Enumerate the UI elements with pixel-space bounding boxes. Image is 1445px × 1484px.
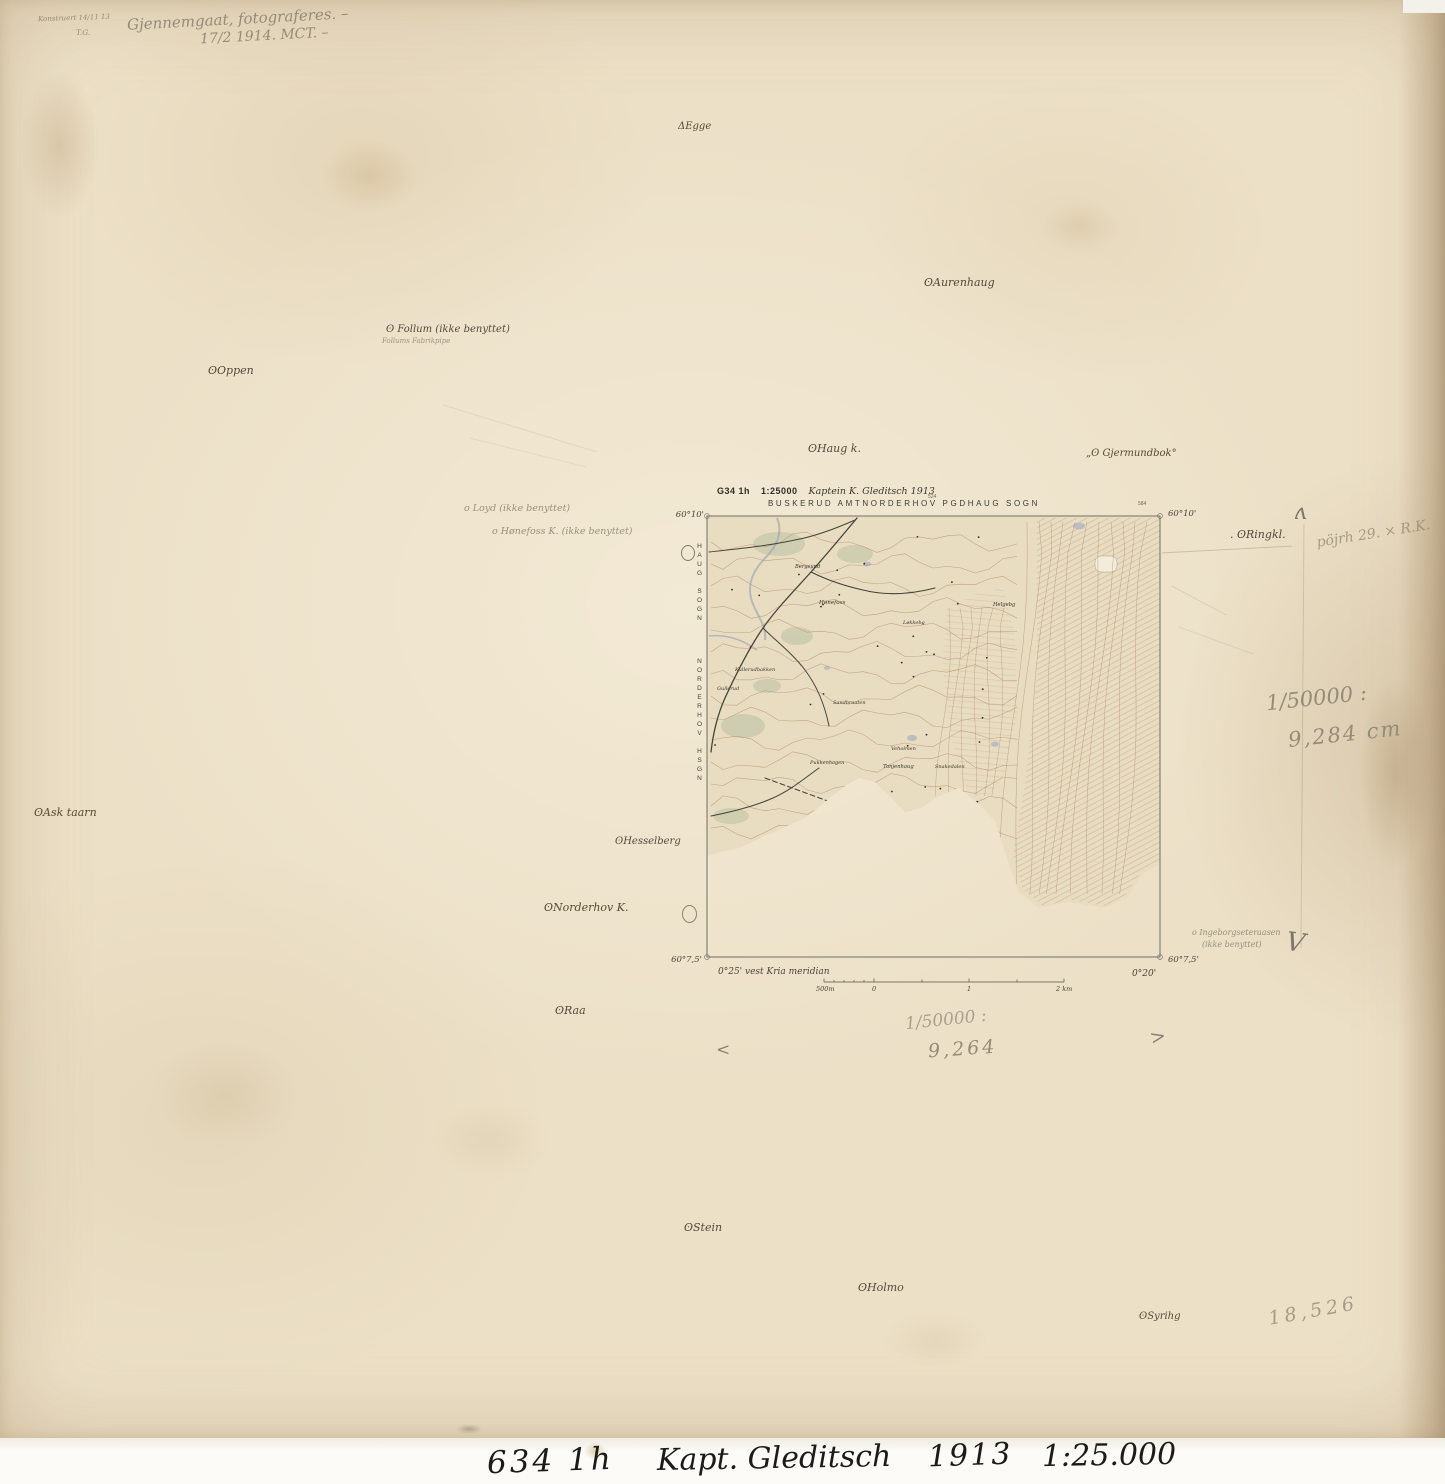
map-label: Pukkenhagen (809, 760, 844, 766)
catalogue-year: 1913 (927, 1437, 1013, 1475)
spot-height-right: 584 (1138, 501, 1146, 507)
station-label-ingeborg-line1: o Ingeborgseteraasen (1192, 928, 1281, 937)
corner-coord-sw: 60°7,5' (660, 955, 702, 965)
map-label: Gullerud (717, 686, 739, 692)
station-label-syrihg: ʘSyrihg (1139, 1311, 1181, 1322)
corner-coord-se: 60°7,5' (1168, 955, 1199, 965)
faint-scribble-4 (470, 437, 587, 467)
edge-label-norderhov: NORDERHOV HSGN (696, 658, 703, 784)
station-label-hesselberg: ʘHesselberg (615, 836, 681, 847)
map-label: Sandbraaten (833, 700, 866, 706)
station-label-gjermundbo: „ʘ Gjermundbok° (1086, 448, 1177, 459)
registrar-note-line1: Konstruert 14/11 13 (38, 13, 110, 24)
map-scale-printed: 1:25000 (761, 486, 798, 496)
corner-coord-nw: 60°10' (664, 510, 704, 520)
scale-note-bottom-line2: 9,264 (927, 1036, 998, 1063)
station-label-follum: ʘ Follum (ikke benyttet) (386, 324, 510, 335)
scale-note-right-line2: 9,284 cm (1287, 716, 1403, 752)
footer-smudge (456, 1424, 482, 1434)
map-label: Tonjenhaug (883, 764, 914, 770)
station-label-holmo: ʘHolmo (858, 1281, 904, 1294)
scanned-historical-map-page: { "sheet": { "header_id": "G34 1h", "hea… (0, 0, 1445, 1484)
scalebar-zero: 0 (872, 985, 876, 993)
station-label-raa: ʘRaa (555, 1004, 586, 1017)
spot-height-left: 524 (928, 494, 936, 500)
scan-corner-notch (1403, 0, 1445, 13)
station-label-egge: ΔEgge (678, 121, 711, 132)
pencil-note-line2: 17/2 1914. MCT. – (200, 25, 329, 48)
corner-coord-ne: 60°10' (1168, 509, 1196, 519)
clearing-patch (1095, 556, 1117, 572)
less-than-mark: < (716, 1040, 730, 1060)
number-note-bottom-right: 18,526 (1267, 1292, 1360, 1329)
station-label-follum-sub: Follums Fabrikpipe (382, 337, 450, 345)
check-mark: V (1284, 927, 1307, 959)
leader-line-ringkl (1162, 546, 1292, 554)
catalogue-strip: 634 1h Kapt. Gleditsch 1913 1:25.000 (0, 1438, 1445, 1484)
station-label-honefoss: o Hønefoss K. (ikke benyttet) (492, 526, 633, 537)
map-label: Veholmen (891, 746, 916, 752)
torn-right-edge (1399, 0, 1445, 1438)
station-label-ingeborg-line2: (ikke benyttet) (1202, 940, 1262, 949)
catalogue-sheet-id: 634 1h (486, 1441, 614, 1481)
pencil-vertical-line (1301, 524, 1305, 948)
edge-label-haug-sogn: HAUG SOGN (696, 543, 703, 624)
map-header-row: G34 1h 1:25000 Kaptein K. Gleditsch 1913 (717, 486, 935, 497)
scalebar-one: 1 (967, 985, 971, 993)
station-label-stein: ʘStein (684, 1221, 722, 1234)
topographic-map-area: Bergsund Hønefoss Helgebg Tonjenhaug Puk… (707, 516, 1160, 957)
station-label-haug: ʘHaug k. (808, 442, 861, 455)
hand-circle-lower (682, 905, 697, 923)
scale-note-right-line1: 1/50000 : (1265, 681, 1368, 715)
scale-bar: 500m 0 1 2 km (810, 972, 1080, 996)
station-label-lloyd: o Loyd (ikke benyttet) (464, 503, 570, 514)
map-region-row: BUSKERUD AMT NORDERHOV PGD HAUG SOGN (768, 499, 1036, 508)
map-parish: HAUG SOGN (968, 499, 1040, 508)
station-label-ask: ʘAsk taarn (34, 806, 97, 819)
faint-scribble-3 (443, 405, 596, 453)
map-surveyor: Kaptein K. Gleditsch 1913 (809, 486, 935, 497)
map-label: Helgebg (992, 602, 1016, 608)
map-label: Hønefoss (818, 600, 845, 606)
scalebar-two: 2 km (1055, 985, 1072, 993)
station-label-ringkl: . ʘRingkl. (1230, 528, 1286, 541)
scale-note-bottom-line1: 1/50000 : (904, 1006, 987, 1034)
map-label: Kullerudbakken (734, 667, 775, 673)
scalebar-500m: 500m (816, 985, 835, 993)
registrar-note-line2: T.G. (76, 28, 90, 37)
catalogue-author: Kapt. Gleditsch (657, 1439, 892, 1478)
map-sheet-number: G34 1h (717, 486, 750, 496)
map-region: BUSKERUD AMT (768, 499, 862, 508)
station-label-aurenhaug: ʘAurenhaug (924, 276, 995, 289)
faint-scribble-2 (1178, 626, 1254, 654)
faint-scribble-1 (1171, 586, 1226, 616)
caret-mark: ʌ (1294, 500, 1306, 525)
station-label-oppen: ʘOppen (208, 364, 254, 377)
map-district: NORDERHOV PGD (862, 499, 967, 508)
map-label: Snakedalen (935, 764, 965, 770)
greater-than-mark: > (1148, 1025, 1168, 1050)
map-label: Bergsund (794, 564, 821, 570)
station-label-norderhov: ʘNorderhov K. (544, 901, 628, 914)
hand-circle-upper (681, 545, 695, 561)
map-sheet-paper: Konstruert 14/11 13 T.G. Gjennemgaat, fo… (0, 0, 1445, 1438)
catalogue-scale: 1:25.000 (1042, 1437, 1177, 1474)
map-label: Løkkebg (902, 620, 925, 626)
pencil-note-line1: Gjennemgaat, fotograferes. – (127, 4, 349, 34)
corner-longitude-se: 0°20' (1132, 969, 1156, 979)
